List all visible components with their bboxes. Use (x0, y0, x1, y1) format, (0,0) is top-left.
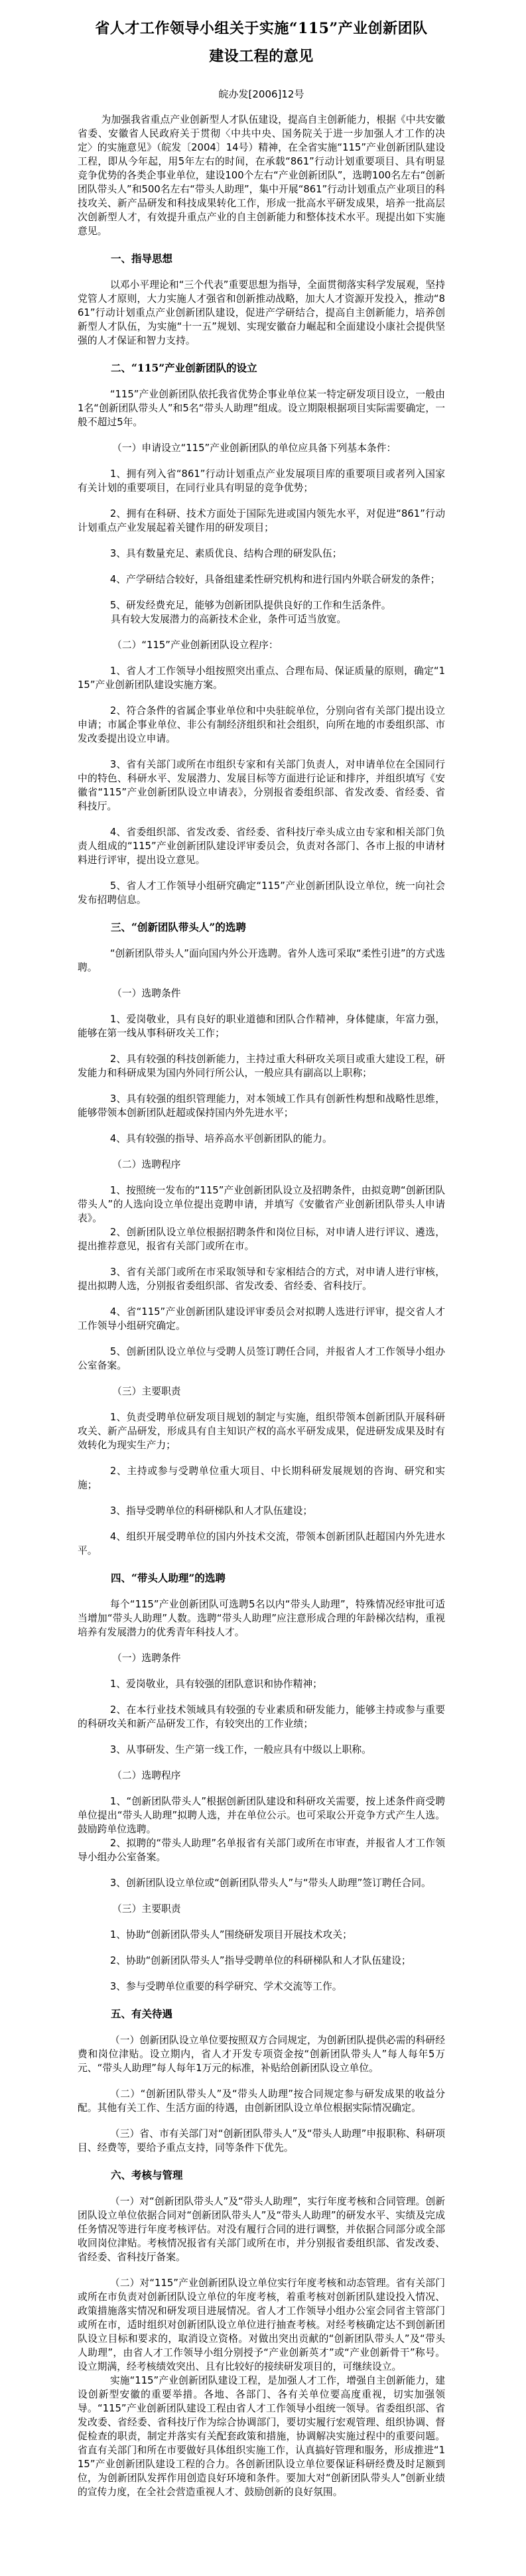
list-item: 2、符合条件的省属企事业单位和中央驻皖单位，分别向省有关部门提出设立申请；市属企… (78, 704, 445, 746)
section-heading-4: 四、“带头人助理”的选聘 (78, 1571, 445, 1586)
list-item: 3、省有关部门或所在市采取领导和专家相结合的方式，对申请人进行审核，提出拟聘人选… (78, 1265, 445, 1293)
closing-paragraph: 实施“115”产业创新团队建设工程，是加强人才工作，增强自主创新能力，建设创新型… (78, 2374, 445, 2499)
list-item: 2、拟聘的“带头人助理”名单报省有关部门或所在市审查，并报省人才工作领导小组办公… (78, 1836, 445, 1864)
list-item: 3、具有较强的组织管理能力，对本领域工作具有创新性构想和战略性思维，能够带领本创… (78, 1092, 445, 1120)
section-3-subheading-3: （三）主要职责 (78, 1385, 445, 1398)
section-4-subheading-2: （二）选聘程序 (78, 1769, 445, 1783)
list-item: 5、创新团队设立单位与受聘人员签订聘任合同，并报省人才工作领导小组办公室备案。 (78, 1345, 445, 1373)
section-2-subheading-1: （一）申请设立“115”产业创新团队的单位应具备下列基本条件： (78, 441, 445, 455)
list-item: 4、产学研结合较好，具备组建柔性研究机构和进行国内外联合研发的条件； (78, 573, 445, 586)
section-3-subheading-2: （二）选聘程序 (78, 1158, 445, 1172)
section-6-paragraph: （二）对“115”产业创新团队设立单位实行年度考核和动态管理。省有关部门或所在市… (78, 2276, 445, 2374)
section-3-subheading-1: （一）选聘条件 (78, 986, 445, 1000)
list-item: 2、拥有在科研、技术方面处于国际先进或国内领先水平，对促进“861”行动计划重点… (78, 507, 445, 535)
list-item: 5、研发经费充足，能够为创新团队提供良好的工作和生活条件。 (78, 598, 445, 612)
list-item: 2、协助“创新团队带头人”指导受聘单位的科研梯队和人才队伍建设； (78, 1954, 445, 1968)
title-line-1: 省人才工作领导小组关于实施“115”产业创新团队 (51, 15, 472, 42)
section-1-paragraph: 以邓小平理论和“三个代表”重要思想为指导，全面贯彻落实科学发展观，坚持党管人才原… (78, 278, 445, 348)
section-heading-1: 一、指导思想 (78, 251, 445, 266)
section-6-paragraph: （一）对“创新团队带头人”及“带头人助理”，实行年度考核和合同管理。创新团队设立… (78, 2195, 445, 2264)
list-item: 1、爱岗敬业，具有良好的职业道德和团队合作精神，身体健康，年富力强，能够在第一线… (78, 1012, 445, 1040)
list-item: 1、爱岗敬业，具有较强的团队意识和协作精神； (78, 1677, 445, 1691)
list-item: 1、省人才工作领导小组按照突出重点、合理布局、保证质量的原则，确定“115”产业… (78, 664, 445, 692)
section-heading-3: 三、“创新团队带头人”的选聘 (78, 920, 445, 935)
list-item: 3、省有关部门或所在市组织专家和有关部门负责人，对申请单位在全国同行中的特色、科… (78, 758, 445, 813)
list-item: 4、组织开展受聘单位的国内外技术交流，带领本创新团队赶超国内外先进水平。 (78, 1530, 445, 1558)
section-heading-5: 五、有关待遇 (78, 2007, 445, 2021)
section-5-paragraph: （三）省、市有关部门对“创新团队带头人”及“带头人助理”申报职称、科研项目、经费… (78, 2127, 445, 2155)
section-4-subheading-3: （三）主要职责 (78, 1902, 445, 1916)
section-5-paragraph: （二）“创新团队带头人”及“带头人助理”按合同规定参与研发成果的收益分配。其他有… (78, 2087, 445, 2115)
section-4-subheading-1: （一）选聘条件 (78, 1651, 445, 1665)
list-item: 2、创新团队设立单位根据招聘条件和岗位目标，对申请人进行评议、遴选，提出推荐意见… (78, 1225, 445, 1253)
list-item: 4、省委组织部、省发改委、省经委、省科技厅牵头成立由专家和相关部门负责人组成的“… (78, 825, 445, 867)
section-2-intro: “115”产业创新团队依托我省优势企事业单位某一特定研发项目设立，一般由1名“创… (78, 387, 445, 429)
section-5-paragraph: （一）创新团队设立单位要按照双方合同规定，为创新团队提供必需的科研经费和岗位津贴… (78, 2033, 445, 2075)
list-item: 4、具有较强的指导、培养高水平创新团队的能力。 (78, 1132, 445, 1146)
section-2-subheading-2: （二）“115”产业创新团队设立程序： (78, 638, 445, 652)
list-item: 1、“创新团队带头人”根据创新团队建设和科研攻关需要，按上述条件商受聘单位提出“… (78, 1795, 445, 1836)
list-item: 3、具有数量充足、素质优良、结构合理的研发队伍； (78, 547, 445, 561)
list-item: 5、省人才工作领导小组研究确定“115”产业创新团队设立单位，统一向社会发布招聘… (78, 879, 445, 907)
document-number: 皖办发[2006]12号 (78, 88, 445, 101)
section-3-intro: “创新团队带头人”面向国内外公开选聘。省外人选可采取“柔性引进”的方式选聘。 (78, 947, 445, 975)
list-item: 3、创新团队设立单位或“创新团队带头人”与“带头人助理”签订聘任合同。 (78, 1876, 445, 1890)
document-page: 省人才工作领导小组关于实施“115”产业创新团队 建设工程的意见 皖办发[200… (78, 0, 445, 2499)
list-item: 2、具有较强的科技创新能力，主持过重大科研攻关项目或重大建设工程，研发能力和科研… (78, 1052, 445, 1080)
list-note: 具有较大发展潜力的高新技术企业，条件可适当放宽。 (78, 612, 445, 626)
list-item: 1、按照统一发布的“115”产业创新团队设立及招聘条件，由拟竞聘“创新团队带头人… (78, 1184, 445, 1225)
list-item: 2、在本行业技术领域具有较强的专业素质和研发能力，能够主持或参与重要的科研攻关和… (78, 1703, 445, 1731)
list-item: 3、从事研发、生产第一线工作，一般应具有中级以上职称。 (78, 1743, 445, 1757)
list-item: 2、主持或参与受聘单位重大项目、中长期科研发展规划的咨询、研究和实施； (78, 1464, 445, 1492)
list-item: 1、负责受聘单位研发项目规划的制定与实施，组织带领本创新团队开展科研攻关、新产品… (78, 1410, 445, 1452)
intro-paragraph: 为加强我省重点产业创新型人才队伍建设，提高自主创新能力，根据《中共安徽省委、安徽… (78, 113, 445, 238)
document-title: 省人才工作领导小组关于实施“115”产业创新团队 建设工程的意见 (51, 15, 472, 70)
section-heading-6: 六、考核与管理 (78, 2168, 445, 2183)
title-line-2: 建设工程的意见 (51, 42, 472, 70)
list-item: 3、指导受聘单位的科研梯队和人才队伍建设； (78, 1504, 445, 1518)
list-item: 1、拥有列入省“861”行动计划重点产业发展项目库的重要项目或者列入国家有关计划… (78, 467, 445, 495)
list-item: 1、协助“创新团队带头人”围绕研发项目开展技术攻关； (78, 1928, 445, 1942)
section-4-intro: 每个“115”产业创新团队可选聘5名以内“带头人助理”，特殊情况经审批可适当增加… (78, 1597, 445, 1639)
list-item: 4、省“115”产业创新团队建设评审委员会对拟聘人选进行评审，提交省人才工作领导… (78, 1305, 445, 1333)
list-item: 3、参与受聘单位重要的科学研究、学术交流等工作。 (78, 1980, 445, 1994)
section-heading-2: 二、“115”产业创新团队的设立 (78, 361, 445, 375)
